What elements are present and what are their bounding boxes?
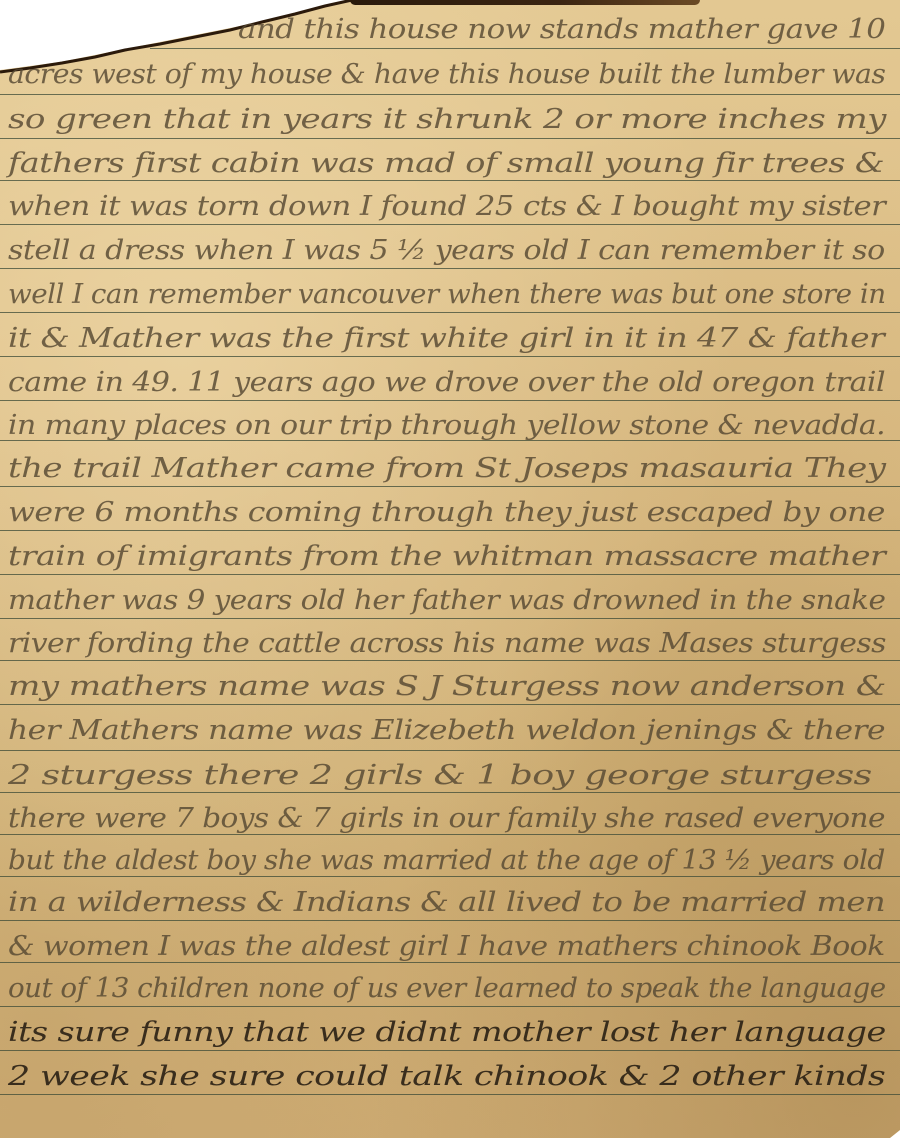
text-line: her Mathers name was Elizebeth weldon je… bbox=[8, 715, 885, 746]
text-line: so green that in years it shrunk 2 or mo… bbox=[8, 104, 886, 135]
ruled-line bbox=[0, 660, 900, 661]
text-line: out of 13 children none of us ever learn… bbox=[8, 973, 886, 1004]
ruled-line bbox=[0, 574, 900, 575]
text-line: & women I was the aldest girl I have mat… bbox=[8, 931, 885, 962]
text-line: my mathers name was S J Sturgess now and… bbox=[8, 671, 886, 702]
ruled-line bbox=[0, 268, 900, 269]
text-line: when it was torn down I found 25 cts & I… bbox=[8, 191, 885, 222]
text-line: fathers first cabin was mad of small you… bbox=[8, 148, 884, 179]
text-line: 2 sturgess there 2 girls & 1 boy george … bbox=[8, 760, 872, 791]
text-line: there were 7 boys & 7 girls in our famil… bbox=[8, 803, 885, 834]
text-line: acres west of my house & have this house… bbox=[8, 59, 885, 90]
ruled-line bbox=[0, 704, 900, 705]
ruled-line bbox=[0, 224, 900, 225]
ruled-line bbox=[0, 920, 900, 921]
ruled-line bbox=[0, 1006, 900, 1007]
text-line: were 6 months coming through they just e… bbox=[8, 497, 885, 528]
text-line: it & Mather was the first white girl in … bbox=[8, 323, 884, 354]
ruled-line bbox=[0, 876, 900, 877]
text-line: train of imigrants from the whitman mass… bbox=[8, 541, 885, 572]
page-bottom-margin bbox=[0, 1138, 900, 1145]
ruled-line bbox=[0, 530, 900, 531]
ruled-line bbox=[0, 312, 900, 313]
ruled-line bbox=[0, 94, 900, 95]
ruled-line bbox=[0, 1050, 900, 1051]
ruled-line bbox=[0, 356, 900, 357]
ruled-line bbox=[0, 486, 900, 487]
text-line: came in 49. 11 years ago we drove over t… bbox=[8, 367, 885, 398]
ruled-line bbox=[0, 962, 900, 963]
text-line: the trail Mather came from St Joseps mas… bbox=[8, 453, 885, 484]
ruled-line bbox=[0, 138, 900, 139]
text-line: in many places on our trip through yello… bbox=[8, 410, 885, 441]
text-line: mather was 9 years old her father was dr… bbox=[8, 585, 885, 616]
ruled-line bbox=[0, 400, 900, 401]
text-line: 2 week she sure could talk chinook & 2 o… bbox=[8, 1061, 885, 1092]
ruled-line bbox=[0, 750, 900, 751]
text-line: in a wilderness & Indians & all lived to… bbox=[8, 887, 885, 918]
text-line: and this house now stands mather gave 10 bbox=[238, 14, 885, 45]
ruled-line bbox=[150, 48, 900, 49]
text-line: its sure funny that we didnt mother lost… bbox=[8, 1017, 886, 1048]
ruled-line bbox=[0, 180, 900, 181]
ruled-line bbox=[0, 1094, 900, 1095]
ruled-line bbox=[0, 618, 900, 619]
text-line: river fording the cattle across his name… bbox=[8, 628, 886, 659]
ruled-line bbox=[0, 834, 900, 835]
ruled-line bbox=[0, 792, 900, 793]
text-line: stell a dress when I was 5 ½ years old I… bbox=[8, 235, 885, 266]
text-line: well I can remember vancouver when there… bbox=[8, 279, 886, 310]
text-line: but the aldest boy she was married at th… bbox=[8, 845, 885, 876]
